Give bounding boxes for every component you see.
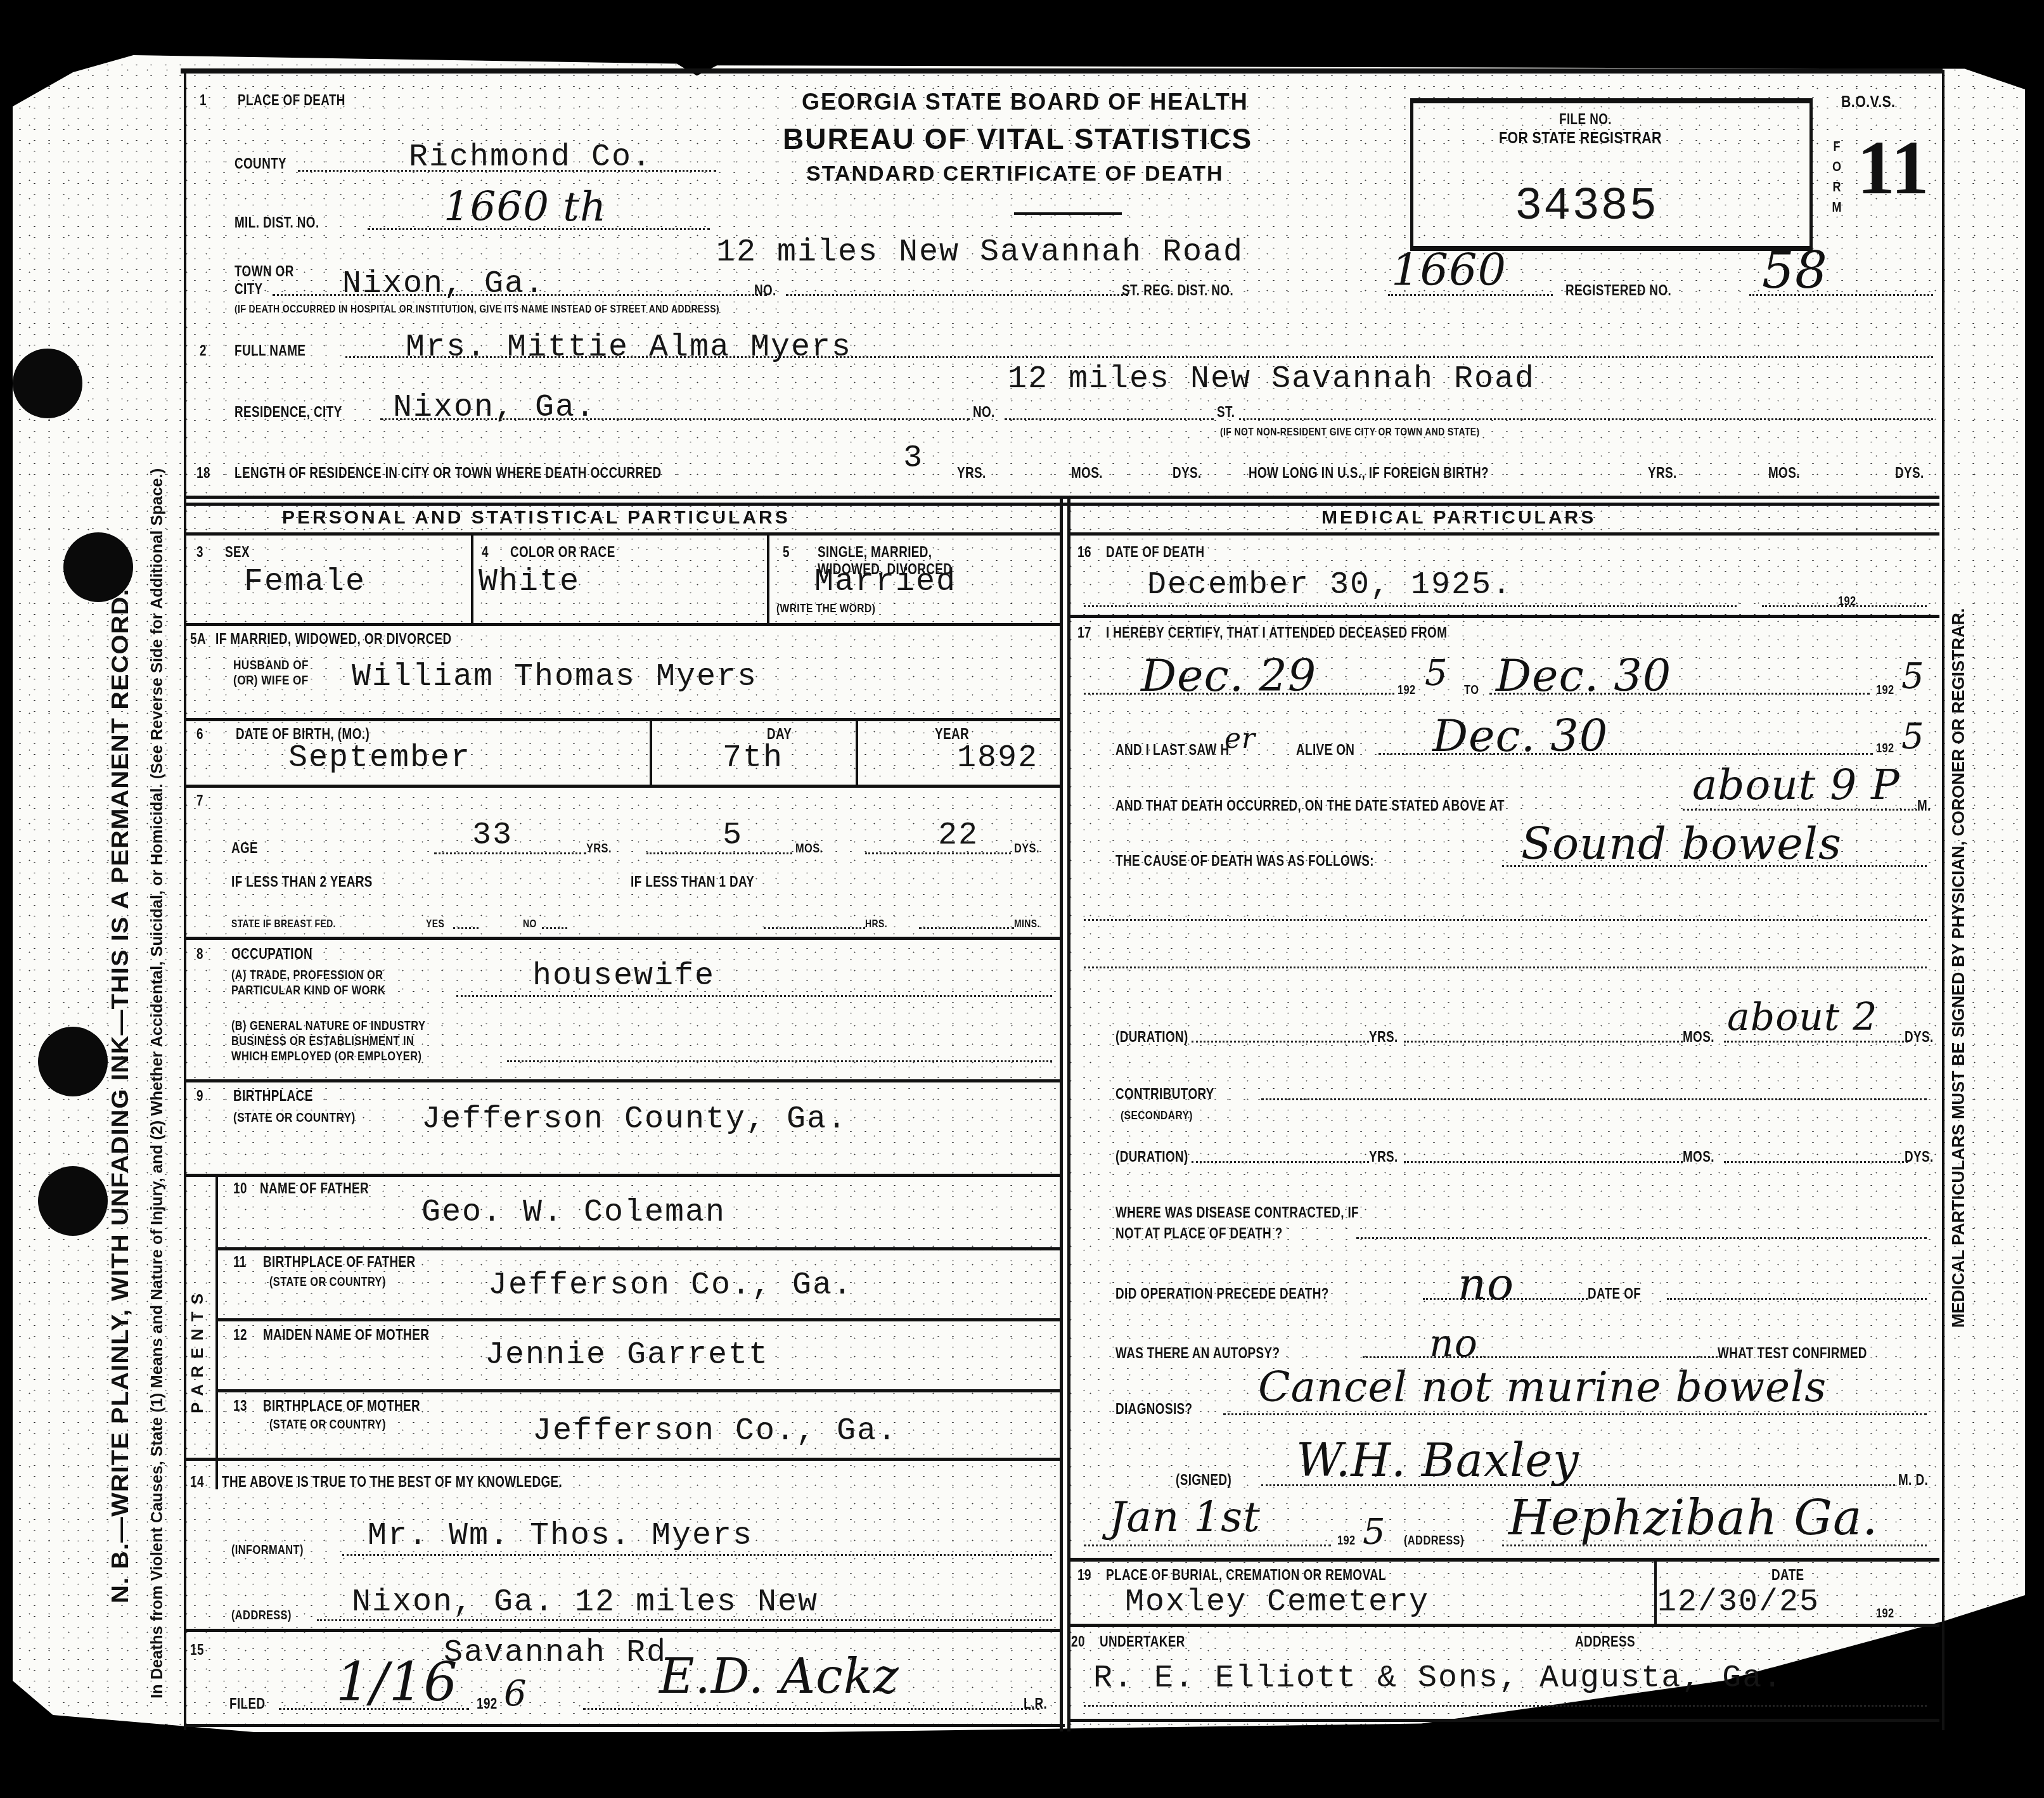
field-num-19: 19 (1077, 1567, 1091, 1584)
lr-label: L.R. (1024, 1695, 1047, 1712)
dod-line (1084, 605, 1737, 607)
row-divider (217, 1247, 1060, 1250)
signed-year-prefix: 192 (1337, 1534, 1356, 1548)
st-reg-dist-value[interactable]: 1660 (1391, 244, 1507, 296)
from-year-prefix: 192 (1398, 683, 1416, 698)
occ-a-label-2: PARTICULAR KIND OF WORK (231, 984, 385, 998)
autopsy-line (1363, 1356, 1718, 1358)
hrs-label: HRS. (865, 918, 887, 930)
lor-dys-label: DYS. (1173, 465, 1202, 482)
father-label: NAME OF FATHER (260, 1180, 369, 1197)
left-margin-violent-causes: In Deaths from Violent Causes, State (1)… (147, 468, 167, 1698)
where-contracted-label-2: NOT AT PLACE OF DEATH ? (1115, 1225, 1283, 1242)
residence-note: (IF NOT NON-RESIDENT GIVE CITY OR TOWN A… (1220, 426, 1480, 439)
birthplace-label-2: (STATE OR COUNTRY) (233, 1110, 356, 1126)
mil-dist-value[interactable]: 1660 th (444, 184, 607, 231)
wife-of-label: (OR) WIFE OF (233, 673, 309, 688)
spouse-value[interactable]: William Thomas Myers (352, 659, 757, 695)
md-label: M. D. (1898, 1472, 1928, 1489)
field-num-7: 7 (196, 792, 203, 809)
marital-label-3: (WRITE THE WORD) (776, 602, 875, 616)
burial-year-printed: 192 (1876, 1607, 1894, 1621)
informant-address-cont[interactable]: Savannah Rd (444, 1635, 667, 1671)
mother-bp-label-1: BIRTHPLACE OF MOTHER (263, 1397, 420, 1415)
signed-year-suffix[interactable]: 5 (1363, 1512, 1386, 1553)
duration-2-dys-line (1724, 1161, 1908, 1163)
row-divider (1070, 532, 1939, 536)
row-divider (184, 1629, 1060, 1632)
field-num-3: 3 (196, 544, 203, 561)
operation-date-line (1667, 1298, 1927, 1300)
breast-fed-label: STATE IF BREAST FED. (231, 918, 336, 930)
physician-address-value[interactable]: Hephzibah Ga. (1508, 1489, 1878, 1546)
form-label: FORM (1832, 136, 1842, 217)
filed-year-suffix[interactable]: 6 (504, 1673, 527, 1714)
foreign-yrs-label: YRS. (1648, 465, 1677, 482)
place-of-death-label: PLACE OF DEATH (238, 92, 345, 109)
field-num-11: 11 (233, 1254, 247, 1271)
mother-label: MAIDEN NAME OF MOTHER (263, 1326, 429, 1344)
town-no-label: NO. (754, 282, 776, 299)
to-year-prefix: 192 (1876, 683, 1894, 698)
to-label: TO (1464, 683, 1479, 698)
to-year-suffix[interactable]: 5 (1901, 656, 1925, 697)
age-years-value[interactable]: 33 (472, 818, 513, 854)
field-num-17: 17 (1077, 624, 1091, 641)
secondary-label: (SECONDARY) (1121, 1109, 1193, 1123)
residence-st-label: ST. (1217, 404, 1235, 421)
personal-section-title: PERSONAL AND STATISTICAL PARTICULARS (282, 507, 790, 529)
punch-hole (38, 1166, 108, 1236)
mother-bp-value[interactable]: Jefferson Co., Ga. (532, 1413, 897, 1449)
breast-fed-yes-line (453, 927, 479, 929)
occupation-line (456, 995, 1052, 997)
mother-bp-label-2: (STATE OR COUNTRY) (269, 1418, 386, 1432)
hospital-note: (IF DEATH OCCURRED IN HOSPITAL OR INSTIT… (235, 303, 719, 316)
father-bp-label-1: BIRTHPLACE OF FATHER (263, 1254, 415, 1271)
autopsy-value[interactable]: no (1429, 1321, 1478, 1366)
death-time-value[interactable]: about 9 P (1692, 761, 1900, 809)
row-divider (184, 1174, 1060, 1177)
father-value[interactable]: Geo. W. Coleman (421, 1195, 726, 1231)
cause-line-2 (1084, 919, 1927, 921)
mil-dist-label: MIL. DIST. NO. (235, 214, 319, 231)
field-num-6: 6 (196, 726, 203, 743)
cause-line-3 (1084, 966, 1927, 968)
field-num-15: 15 (190, 1641, 204, 1659)
undertaker-address-label: ADDRESS (1575, 1633, 1635, 1650)
row-divider (184, 1079, 1060, 1082)
burial-place-value[interactable]: Moxley Cemetery (1125, 1584, 1429, 1621)
parents-side-label: P A R E N T S (188, 1292, 207, 1413)
duration-yrs-line (1192, 1041, 1369, 1043)
residence-no-line (1005, 418, 1214, 420)
attended-to-value[interactable]: Dec. 30 (1496, 650, 1671, 702)
foreign-mos-label: MOS. (1768, 465, 1800, 482)
cell-divider (1654, 1560, 1657, 1624)
street-no-line (786, 294, 1128, 296)
field-num-9: 9 (196, 1088, 203, 1105)
dob-year-value[interactable]: 1892 (957, 740, 1038, 776)
cause-value[interactable]: Sound bowels (1521, 818, 1842, 870)
age-mos-label: MOS. (795, 842, 823, 856)
mother-value[interactable]: Jennie Garrett (485, 1337, 769, 1373)
test-confirmed-label: WHAT TEST CONFIRMED (1718, 1345, 1867, 1362)
cause-label: THE CAUSE OF DEATH WAS AS FOLLOWS: (1115, 852, 1374, 870)
length-residence-years[interactable]: 3 (903, 440, 923, 477)
breast-fed-no-line (542, 927, 567, 929)
diagnosis-value[interactable]: Cancel not murine bowels (1258, 1363, 1827, 1411)
row-divider (1070, 615, 1939, 618)
alive-year-suffix[interactable]: 5 (1901, 716, 1925, 757)
death-street-value[interactable]: 12 miles New Savannah Road (716, 234, 1244, 271)
burial-label: PLACE OF BURIAL, CREMATION OR REMOVAL (1106, 1567, 1386, 1584)
field-num-2: 2 (200, 342, 207, 359)
last-saw-pronoun[interactable]: er (1224, 722, 1256, 755)
field-num-14: 14 (190, 1474, 204, 1491)
mins-label: MINS. (1014, 918, 1040, 930)
lor-yrs-label: YRS. (957, 465, 986, 482)
death-time-label: AND THAT DEATH OCCURRED, ON THE DATE STA… (1115, 797, 1505, 814)
column-divider (1060, 496, 1063, 1731)
punch-hole (38, 1027, 108, 1096)
residence-st-line (1239, 418, 1933, 420)
filed-label: FILED (229, 1695, 266, 1712)
duration-2-mos-label: MOS. (1683, 1148, 1714, 1165)
employer-line (507, 1060, 1052, 1062)
m-label: M. (1917, 797, 1931, 814)
full-name-value[interactable]: Mrs. Mittie Alma Myers (406, 330, 852, 366)
filed-year-prefix: 192 (477, 1695, 498, 1712)
column-divider (1067, 496, 1070, 1731)
burial-date-label: DATE (1771, 1567, 1804, 1584)
operation-value[interactable]: no (1458, 1258, 1514, 1310)
marital-label-1: SINGLE, MARRIED, (818, 544, 932, 561)
sex-label: SEX (225, 544, 250, 561)
informant-address-value[interactable]: Nixon, Ga. 12 miles New (352, 1584, 818, 1621)
informant-statement: THE ABOVE IS TRUE TO THE BEST OF MY KNOW… (222, 1474, 562, 1491)
occ-b-label-3: WHICH EMPLOYED (OR EMPLOYER) (231, 1050, 421, 1064)
marital-value[interactable]: Married (814, 564, 956, 600)
residence-city-value[interactable]: Nixon, Ga. (393, 390, 596, 426)
file-no-label: FILE No. (1559, 111, 1612, 128)
last-saw-label: AND I LAST SAW H (1115, 742, 1229, 759)
cell-divider (767, 536, 769, 624)
filed-date-value[interactable]: 1/16 (336, 1651, 458, 1713)
registrar-line (583, 1708, 1039, 1710)
field-num-12: 12 (233, 1326, 247, 1344)
field-num-13: 13 (233, 1397, 247, 1415)
duration-2-label: (DURATION) (1115, 1148, 1188, 1165)
town-label-1: TOWN OR (235, 263, 294, 280)
operation-label: DID OPERATION PRECEDE DEATH? (1115, 1285, 1329, 1302)
right-margin-instruction: MEDICAL PARTICULARS MUST BE SIGNED BY PH… (1949, 608, 1969, 1328)
alive-on-label: ALIVE ON (1296, 742, 1354, 759)
board-title: GEORGIA STATE BOARD OF HEALTH (802, 89, 1249, 115)
row-divider (184, 937, 1060, 940)
informant-value[interactable]: Mr. Wm. Thos. Myers (368, 1518, 753, 1554)
dob-day-value[interactable]: 7th (723, 740, 783, 776)
physician-address-label: (ADDRESS) (1404, 1534, 1464, 1548)
age-months-line (646, 852, 792, 854)
father-bp-value[interactable]: Jefferson Co., Ga. (488, 1268, 853, 1304)
dod-value[interactable]: December 30, 1925. (1147, 567, 1512, 603)
row-divider (184, 623, 1060, 626)
duration-2-yrs-label: YRS. (1369, 1148, 1398, 1165)
form-bottom-border (1070, 1719, 1939, 1722)
husband-of-label: HUSBAND OF (233, 658, 309, 673)
age-months-value[interactable]: 5 (723, 818, 743, 854)
row-divider (1070, 1558, 1939, 1562)
contributory-line (1261, 1098, 1927, 1100)
undertaker-value[interactable]: R. E. Elliott & Sons, Augusta, Ga. (1093, 1660, 1783, 1697)
registered-no-label: REGISTERED No. (1565, 282, 1671, 299)
breast-fed-no-label: NO (523, 918, 537, 930)
field-num-18: 18 (196, 465, 210, 482)
residence-no-label: NO. (973, 404, 995, 421)
informant-label: (INFORMANT) (231, 1543, 304, 1558)
mins-line (919, 927, 1014, 929)
occupation-value[interactable]: housewife (532, 958, 715, 994)
field-num-20: 20 (1071, 1633, 1085, 1650)
race-label: COLOR OR RACE (510, 544, 615, 561)
physician-signature[interactable]: W.H. Baxley (1296, 1434, 1579, 1487)
diagnosis-label: DIAGNOSIS? (1115, 1401, 1192, 1418)
father-bp-label-2: (STATE OR COUNTRY) (269, 1275, 386, 1290)
duration-dys-label: DYS. (1905, 1029, 1934, 1046)
cell-divider (650, 721, 652, 785)
full-name-label: FULL NAME (235, 342, 305, 359)
county-label: COUNTY (235, 155, 286, 172)
dod-label: DATE OF DEATH (1106, 544, 1205, 561)
birthplace-value[interactable]: Jefferson County, Ga. (421, 1101, 847, 1138)
medical-section-title: MEDICAL PARTICULARS (1321, 507, 1596, 529)
duration-days-value[interactable]: about 2 (1727, 995, 1877, 1039)
dod-year-printed: 192 (1838, 594, 1856, 609)
registered-no-value[interactable]: 58 (1762, 241, 1828, 300)
occ-b-label-2: BUSINESS OR ESTABLISHMENT IN (231, 1034, 414, 1049)
form-bottom-border (184, 1724, 1065, 1727)
race-value[interactable]: White (479, 564, 580, 600)
autopsy-label: WAS THERE AN AUTOPSY? (1115, 1345, 1280, 1362)
duration-mos-line (1404, 1041, 1683, 1043)
field-num-4: 4 (482, 544, 489, 561)
punch-hole (13, 349, 82, 418)
row-divider (184, 718, 1060, 721)
occ-b-label-1: (B) GENERAL NATURE OF INDUSTRY (231, 1019, 425, 1034)
field-num-16: 16 (1077, 544, 1091, 561)
signed-date-line (1084, 1544, 1331, 1546)
occ-a-label-1: (A) TRADE, PROFESSION OR (231, 968, 383, 983)
cell-divider (471, 536, 473, 624)
informant-line (342, 1554, 1052, 1556)
diagnosis-line (1223, 1413, 1927, 1415)
certificate-title: STANDARD CERTIFICATE OF DEATH (806, 162, 1224, 186)
attended-from-value[interactable]: Dec. 29 (1141, 650, 1316, 702)
row-divider (217, 1318, 1060, 1321)
spouse-label: IF MARRIED, WIDOWED, OR DIVORCED (215, 631, 452, 648)
left-margin-instruction: N. B.—WRITE PLAINLY, WITH UNFADING INK—T… (108, 588, 134, 1603)
bovs-label: B.O.V.S. (1841, 92, 1895, 112)
file-registrar-label: FOR STATE REGISTRAR (1499, 128, 1662, 148)
operation-date-label: DATE OF (1588, 1285, 1641, 1302)
age-days-value[interactable]: 22 (938, 818, 979, 854)
certify-label: I HEREBY CERTIFY, THAT I ATTENDED DECEAS… (1106, 624, 1447, 641)
dob-month-value[interactable]: September (288, 740, 471, 776)
duration-2-mos-line (1404, 1161, 1683, 1163)
file-number-value: 34385 (1515, 181, 1658, 233)
less-1-day-label: IF LESS THAN 1 DAY (631, 873, 754, 890)
row-divider (184, 1458, 1060, 1461)
signed-label: (SIGNED) (1176, 1472, 1231, 1489)
occupation-label: OCCUPATION (231, 946, 312, 963)
undertaker-label: UNDERTAKER (1100, 1633, 1185, 1650)
lor-mos-label: MOS. (1071, 465, 1103, 482)
field-num-5a: 5A (190, 631, 206, 648)
duration-2-yrs-line (1192, 1161, 1369, 1163)
title-underline (1014, 212, 1122, 215)
duration-mos-label: MOS. (1683, 1029, 1714, 1046)
breast-fed-yes-label: YES (426, 918, 444, 930)
alive-on-value[interactable]: Dec. 30 (1432, 710, 1608, 762)
foreign-birth-label: HOW LONG IN U.S., IF FOREIGN BIRTH? (1249, 465, 1489, 482)
duration-label: (DURATION) (1115, 1029, 1188, 1046)
length-residence-label: LENGTH OF RESIDENCE IN CITY OR TOWN WHER… (235, 465, 662, 482)
cell-divider (856, 721, 858, 785)
sex-value[interactable]: Female (244, 564, 366, 600)
signed-date-value[interactable]: Jan 1st (1109, 1493, 1261, 1541)
contributory-label: CONTRIBUTORY (1115, 1086, 1214, 1103)
duration-yrs-label: YRS. (1369, 1029, 1398, 1046)
burial-date-value[interactable]: 12/30/25 (1657, 1584, 1820, 1621)
duration-dys-line (1724, 1041, 1908, 1043)
parents-divider (215, 1176, 218, 1489)
where-contracted-label-1: WHERE WAS DISEASE CONTRACTED, IF (1115, 1204, 1359, 1221)
field-num-8: 8 (196, 946, 203, 963)
where-contracted-line (1356, 1237, 1927, 1239)
age-dys-label: DYS. (1014, 842, 1039, 856)
row-divider (184, 785, 1060, 788)
birthplace-label-1: BIRTHPLACE (233, 1088, 313, 1105)
bureau-title: BUREAU OF VITAL STATISTICS (783, 122, 1252, 156)
row-divider (184, 532, 1060, 536)
town-value[interactable]: Nixon, Ga. (342, 266, 545, 302)
st-reg-dist-label: ST. REG. DIST. No. (1122, 282, 1233, 299)
field-num-1: 1 (200, 92, 207, 109)
form-number: 11 (1857, 130, 1929, 206)
less-2-years-label: IF LESS THAN 2 YEARS (231, 873, 373, 890)
row-divider (217, 1389, 1060, 1392)
field-num-10: 10 (233, 1180, 247, 1197)
registrar-signature[interactable]: E.D. Ackz (659, 1648, 899, 1704)
alive-year-prefix: 192 (1876, 742, 1894, 756)
informant-address-label: (ADDRESS) (231, 1609, 292, 1623)
age-label: AGE (231, 840, 258, 857)
town-label-2: CITY (235, 281, 263, 298)
duration-2-dys-label: DYS. (1905, 1148, 1934, 1165)
residence-label: RESIDENCE, CITY (235, 404, 342, 421)
hrs-line (764, 927, 865, 929)
residence-street-value[interactable]: 12 miles New Savannah Road (1008, 361, 1535, 397)
from-year-suffix[interactable]: 5 (1425, 653, 1448, 694)
row-divider (1070, 1624, 1939, 1627)
undertaker-line (1084, 1705, 1927, 1707)
field-num-5: 5 (783, 544, 790, 561)
county-value[interactable]: Richmond Co. (409, 139, 652, 176)
foreign-dys-label: DYS. (1895, 465, 1924, 482)
age-yrs-label: YRS. (586, 842, 612, 856)
